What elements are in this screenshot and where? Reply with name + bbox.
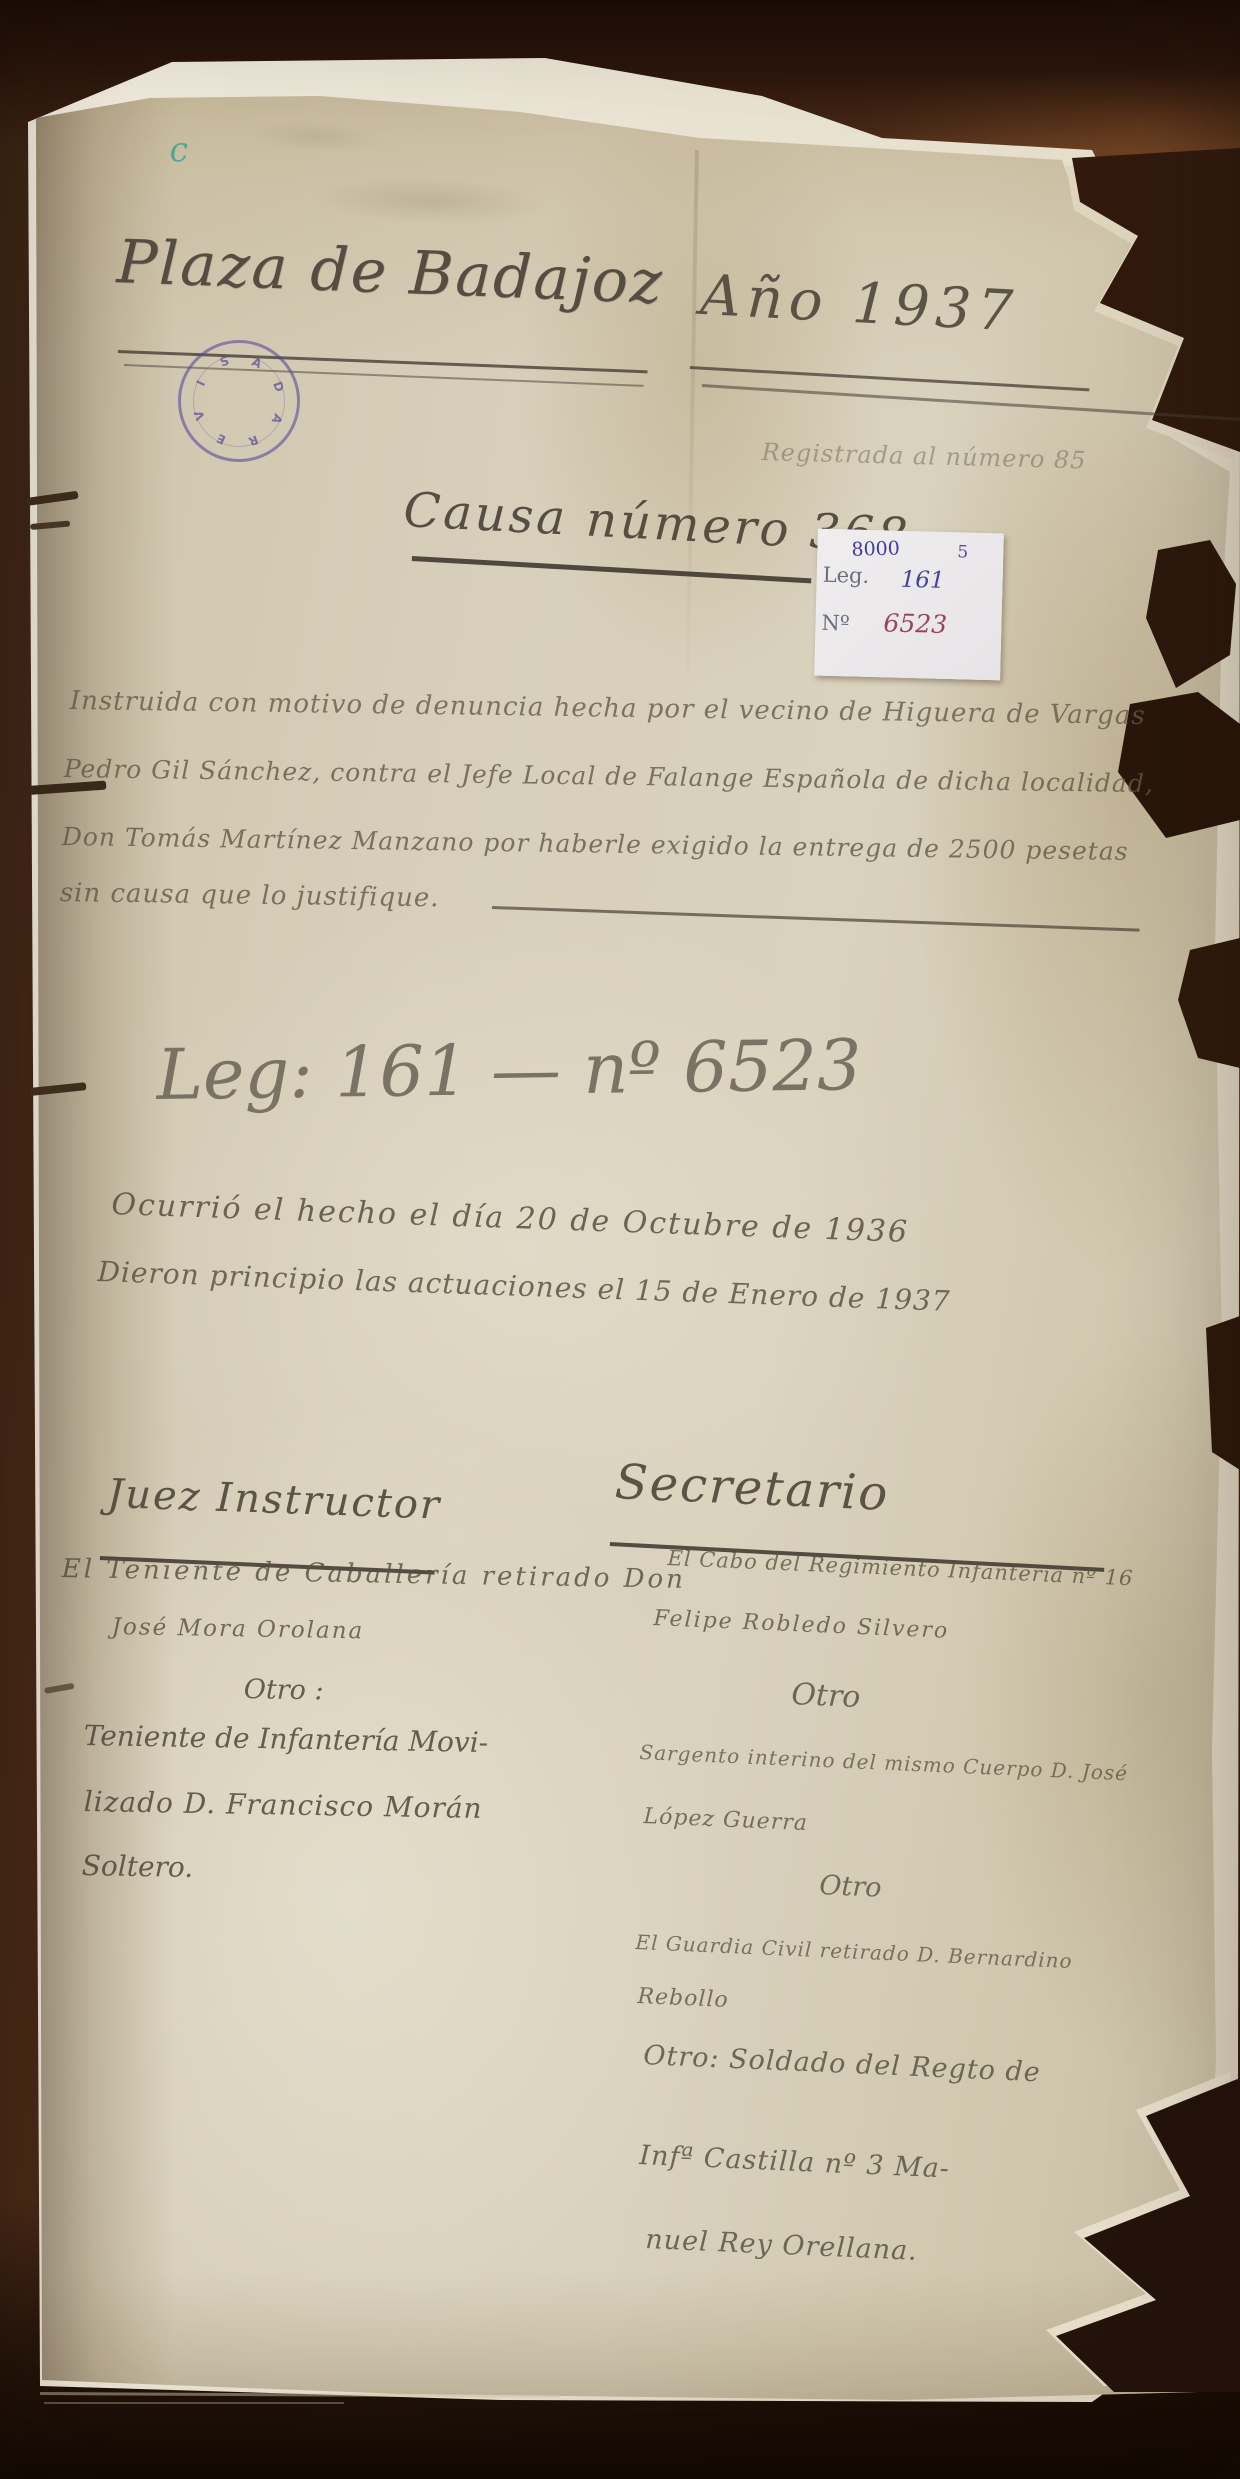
judge-entry: Teniente de Infantería Movi- [84,1722,489,1757]
judge-entry: lizado D. Francisco Morán [84,1788,483,1823]
judge-entry: Otro : [244,1676,324,1704]
archive-stamp-letter: R [243,430,264,451]
archive-stamp-letter: V [189,405,210,426]
reference-pencil-note: Leg: 161 — nº 6523 [156,1030,862,1110]
archive-stamp-letter: A [266,408,287,429]
archive-stamp-letter: A [246,352,267,373]
corner-pencil-mark: c [168,133,189,168]
page-stack-edge [44,2402,344,2404]
secretary-entry: Rebollo [637,1986,729,2012]
secretary-entry: Otro [791,1680,861,1713]
archive-label-copy: 5 [957,542,968,562]
secretary-entry: Otro [819,1872,882,1902]
archive-label-num-value: 6523 [883,608,947,639]
archive-stamp-letters: REVISADA [181,343,297,459]
archive-stamp-letter: D [268,376,289,397]
archive-label: 8000 5 Leg. 161 Nº 6523 [814,529,1004,681]
ink-bleed-smudge [309,174,550,228]
archive-label-leg-value: 161 [900,567,945,594]
archive-stamp-letter: S [214,351,235,372]
judge-column-header: Juez Instructor [107,1474,442,1526]
judge-entry: José Mora Orolana [112,1616,365,1643]
year-label: Año 1937 [699,268,1020,341]
archive-stamp-letter: E [211,428,232,449]
archive-stamp-letter: I [190,373,211,394]
photo-of-case-file-cover: c Plaza de Badajoz Año 1937 REVISADA REV… [0,0,1240,2479]
archive-stamp: REVISADA REVISADA [178,340,300,462]
archive-label-num-label: Nº [821,611,850,636]
archive-label-code: 8000 [851,537,900,560]
summary-line: sin causa que lo justifique. [60,880,440,911]
judge-entry: Soltero. [82,1852,194,1882]
secretary-column-header: Secretario [614,1458,890,1518]
archive-label-leg-label: Leg. [822,563,869,588]
